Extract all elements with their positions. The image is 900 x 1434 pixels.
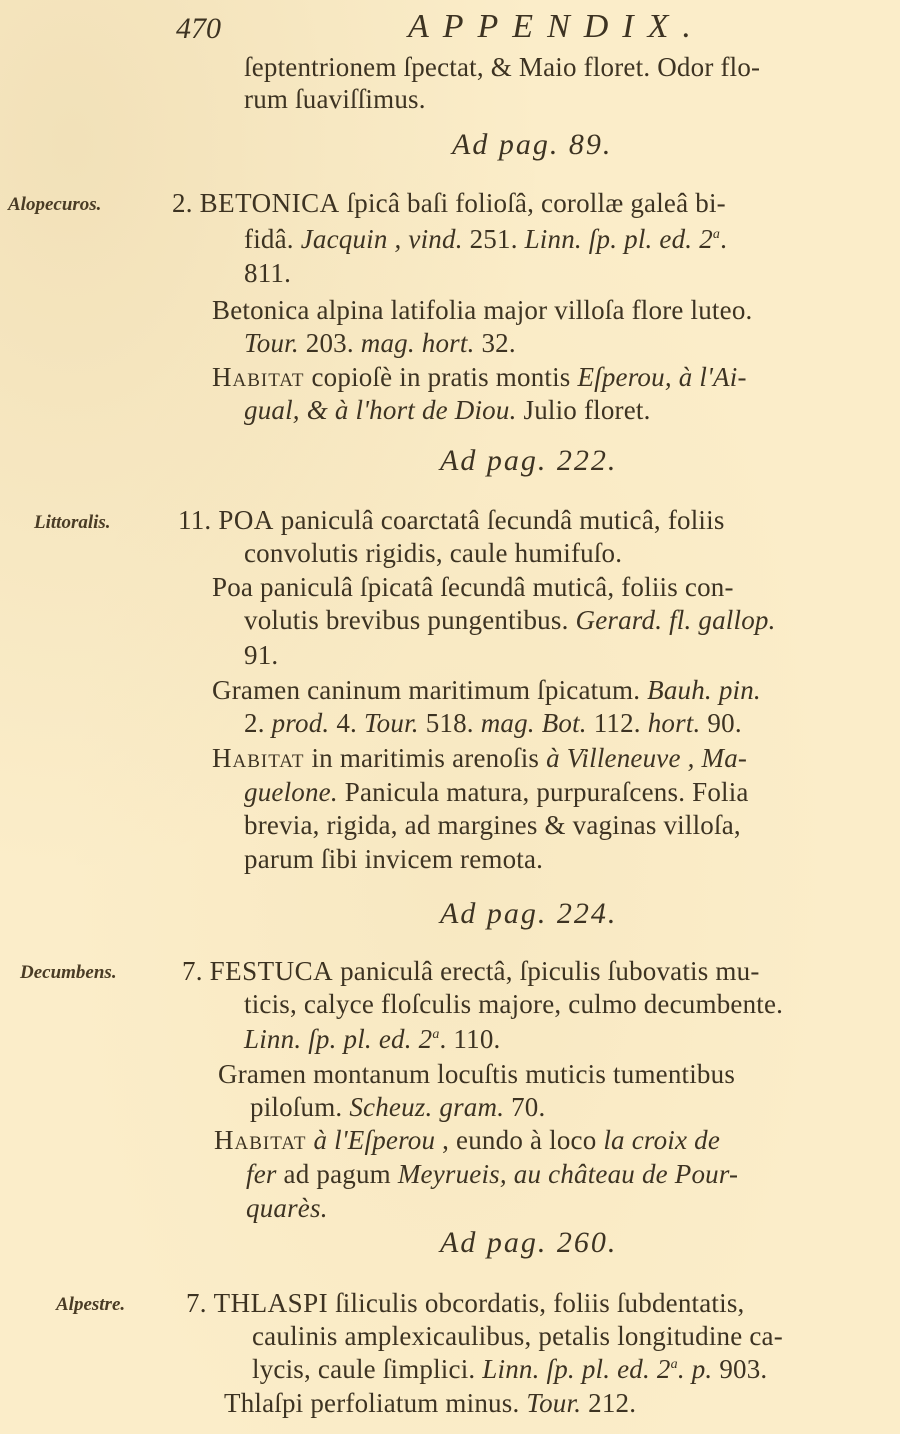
citation: mag. hort. [361,328,482,358]
genus-name: THLASPI [214,1288,329,1318]
citation: Linn. ſp. pl. ed. 2 [525,224,713,254]
synonym-line: 91. [244,638,278,672]
entry-line: 2. BETONICA ſpicâ baſi folioſâ, corollæ … [172,186,726,220]
citation: Linn. ſp. pl. ed. 2 [244,1024,432,1054]
place-name: gual, & à l'hort de Diou. [244,395,517,425]
intro-line-1: ſeptentrionem ſpectat, & Maio floret. Od… [244,50,760,84]
citation: Scheuz. gram. [349,1092,511,1122]
genus-name: BETONICA [200,188,340,218]
entry-line: ticis, calyce floſculis majore, culmo de… [244,987,783,1021]
habitat-line: Habitat à l'Eſperou , eundo à loco la cr… [214,1123,720,1157]
entry-number: 11. [178,505,211,535]
entry-text: 903. [719,1354,767,1384]
page-title: APPENDIX. [408,8,705,46]
synonym-line: volutis brevibus pungentibus. Gerard. fl… [244,603,776,637]
entry-line: 7. THLASPI ſiliculis obcordatis, foliis … [186,1286,744,1320]
habitat-line: fer ad pagum Meyrueis, au château de Pou… [246,1157,738,1191]
habitat-line: guelone. Panicula matura, purpuraſcens. … [244,775,749,809]
entry-text: paniculâ coarctatâ ſecundâ muticâ, folii… [274,505,725,535]
habitat-line: Habitat in maritimis arenoſis à Villeneu… [212,741,747,775]
entry-text: 518. [426,708,481,738]
superscript: a [432,1027,439,1042]
entry-line: 7. FESTUCA paniculâ erectâ, ſpiculis ſub… [182,954,760,988]
place-name: à Villeneuve , Ma- [546,743,747,773]
entry-text: 212. [588,1388,636,1418]
citation: Tour. [526,1388,588,1418]
entry-number: 7. [186,1288,207,1318]
citation: Gerard. fl. gallop. [576,605,776,635]
genus-name: FESTUCA [210,956,334,986]
citation: hort. [648,708,708,738]
entry-text: 4. [336,708,364,738]
entry-text: copioſè in pratis montis [305,362,578,392]
entry-text: 251. [470,224,525,254]
place-name: quarès. [246,1193,328,1223]
entry-text: ſpicâ baſi folioſâ, corollæ galeâ bi- [340,188,726,218]
entry-number: 2. [172,188,193,218]
entry-text: 90. [707,708,741,738]
entry-text: fidâ. [244,224,301,254]
intro-line-2: rum ſuaviſſimus. [244,82,426,116]
citation: Tour. [364,708,426,738]
entry-line: fidâ. Jacquin , vind. 251. Linn. ſp. pl.… [244,222,727,256]
place-name: Eſperou, à l'Ai- [577,362,746,392]
entry-text: in maritimis arenoſis [305,743,547,773]
entry-line: lycis, caule ſimplici. Linn. ſp. pl. ed.… [252,1352,767,1386]
citation: prod. [272,708,337,738]
entry-text: piloſum. [250,1092,349,1122]
entry-text: 70. [511,1092,545,1122]
place-name: la croix de [603,1125,720,1155]
genus-name: POA [218,505,274,535]
entry-line: convolutis rigidis, caule humifuſo. [244,536,622,570]
entry-text: Panicula matura, purpuraſcens. Folia [338,777,749,807]
section-heading: Ad pag. 222. [440,444,617,478]
habitat-line: quarès. [246,1191,328,1225]
margin-label: Alopecuros. [8,194,101,216]
entry-text: volutis brevibus pungentibus. [244,605,576,635]
page-number: 470 [176,12,221,46]
entry-text: Thlaſpi perfoliatum minus. [224,1388,526,1418]
entry-text: 2. [244,708,272,738]
entry-text: , eundo à loco [435,1125,603,1155]
citation: . p. [678,1354,720,1384]
entry-text: paniculâ erectâ, ſpiculis ſubovatis mu- [333,956,759,986]
habitat-label: Habitat [212,743,305,773]
entry-text: ſiliculis obcordatis, foliis ſubdentatis… [328,1288,744,1318]
synonym-line: Gramen montanum locuſtis muticis tumenti… [218,1057,735,1091]
synonym-line: Gramen caninum maritimum ſpicatum. Bauh.… [212,673,761,707]
margin-label: Alpestre. [56,1294,125,1316]
entry-line: caulinis amplexicaulibus, petalis longit… [252,1319,783,1353]
synonym-line: piloſum. Scheuz. gram. 70. [250,1090,545,1124]
entry-text: lycis, caule ſimplici. [252,1354,482,1384]
section-heading: Ad pag. 89. [452,128,612,162]
margin-label: Littoralis. [34,512,111,534]
habitat-line: brevia, rigida, ad margines & vaginas vi… [244,808,741,842]
entry-text: 203. [306,328,361,358]
synonym-line: Tour. 203. mag. hort. 32. [244,326,516,360]
section-heading: Ad pag. 260. [440,1226,617,1260]
habitat-line: gual, & à l'hort de Diou. Julio floret. [244,393,651,427]
entry-text: ad pagum [277,1159,398,1189]
entry-text: Julio floret. [517,395,651,425]
place-name: Meyrueis, au château de Pour- [398,1159,738,1189]
entry-text: . 110. [440,1024,501,1054]
synonym-line: Poa paniculâ ſpicatâ ſecundâ muticâ, fol… [212,570,734,604]
citation: Bauh. pin. [647,675,761,705]
place-name: à l'Eſperou [307,1125,436,1155]
entry-text: . [720,224,727,254]
citation: Jacquin , vind. [301,224,470,254]
habitat-line: Habitat copioſè in pratis montis Eſperou… [212,360,747,394]
citation: Linn. ſp. pl. ed. 2 [482,1354,670,1384]
entry-text: 32. [481,328,515,358]
citation: mag. Bot. [481,708,594,738]
entry-line: 11. POA paniculâ coarctatâ ſecundâ mutic… [178,503,725,537]
place-name: fer [246,1159,277,1189]
entry-text: Gramen caninum maritimum ſpicatum. [212,675,647,705]
entry-text: 112. [594,708,648,738]
section-heading: Ad pag. 224. [440,897,617,931]
citation: Tour. [244,328,306,358]
superscript: a [671,1357,678,1372]
habitat-label: Habitat [212,362,305,392]
synonym-line: 2. prod. 4. Tour. 518. mag. Bot. 112. ho… [244,706,742,740]
place-name: guelone. [244,777,338,807]
entry-number: 7. [182,956,203,986]
synonym-line: Thlaſpi perfoliatum minus. Tour. 212. [224,1386,636,1420]
entry-line: 811. [244,256,291,290]
habitat-line: parum ſibi invicem remota. [244,842,543,876]
margin-label: Decumbens. [20,962,117,984]
entry-line: Linn. ſp. pl. ed. 2a. 110. [244,1022,500,1056]
habitat-label: Habitat [214,1125,307,1155]
synonym-line: Betonica alpina latifolia major villoſa … [212,293,752,327]
